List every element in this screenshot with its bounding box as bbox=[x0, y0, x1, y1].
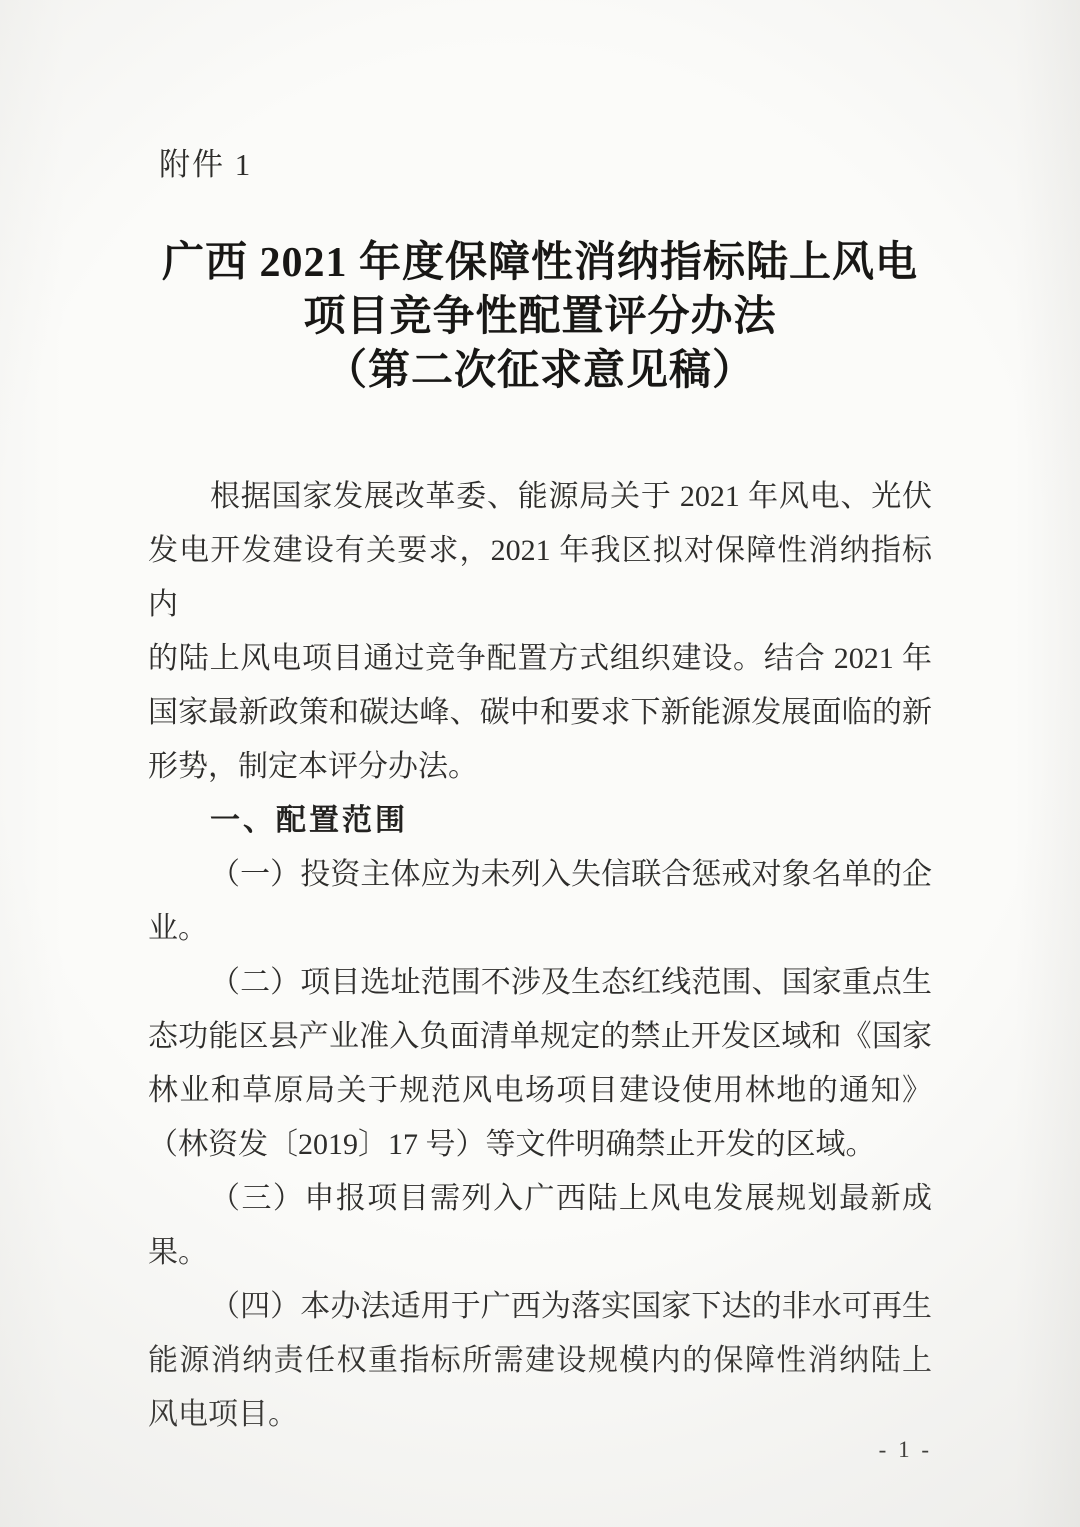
page-number: - 1 - bbox=[879, 1437, 932, 1463]
document-line: 形势，制定本评分办法。 bbox=[148, 740, 932, 794]
document-body: 根据国家发展改革委、能源局关于 2021 年风电、光伏发电开发建设有关要求，20… bbox=[148, 470, 932, 1442]
document-title: 广西 2021 年度保障性消纳指标陆上风电 项目竞争性配置评分办法 （第二次征求… bbox=[40, 236, 1040, 398]
document-line: （一）投资主体应为未列入失信联合惩戒对象名单的企 bbox=[148, 848, 932, 902]
document-line: 的陆上风电项目通过竞争配置方式组织建设。结合 2021 年 bbox=[148, 632, 932, 686]
document-line: （二）项目选址范围不涉及生态红线范围、国家重点生 bbox=[148, 956, 932, 1010]
title-line-3: （第二次征求意见稿） bbox=[40, 344, 1040, 398]
document-line: 能源消纳责任权重指标所需建设规模内的保障性消纳陆上 bbox=[148, 1334, 932, 1388]
section-heading: 一、配置范围 bbox=[148, 794, 932, 848]
document-line: （三）申报项目需列入广西陆上风电发展规划最新成 bbox=[148, 1172, 932, 1226]
document-line: 态功能区县产业准入负面清单规定的禁止开发区域和《国家 bbox=[148, 1010, 932, 1064]
document-line: 果。 bbox=[148, 1226, 932, 1280]
document-line: 风电项目。 bbox=[148, 1388, 932, 1442]
document-line: 国家最新政策和碳达峰、碳中和要求下新能源发展面临的新 bbox=[148, 686, 932, 740]
document-line: （林资发〔2019〕17 号）等文件明确禁止开发的区域。 bbox=[148, 1118, 932, 1172]
attachment-label: 附件 1 bbox=[159, 139, 252, 184]
document-line: （四）本办法适用于广西为落实国家下达的非水可再生 bbox=[148, 1280, 932, 1334]
document-line: 林业和草原局关于规范风电场项目建设使用林地的通知》 bbox=[148, 1064, 932, 1118]
document-line: 根据国家发展改革委、能源局关于 2021 年风电、光伏 bbox=[148, 470, 932, 524]
document-line: 发电开发建设有关要求，2021 年我区拟对保障性消纳指标内 bbox=[148, 524, 932, 632]
document-page: 附件 1 广西 2021 年度保障性消纳指标陆上风电 项目竞争性配置评分办法 （… bbox=[0, 0, 1080, 1527]
document-line: 业。 bbox=[148, 902, 932, 956]
title-line-1: 广西 2021 年度保障性消纳指标陆上风电 bbox=[40, 236, 1040, 290]
title-line-2: 项目竞争性配置评分办法 bbox=[40, 290, 1040, 344]
